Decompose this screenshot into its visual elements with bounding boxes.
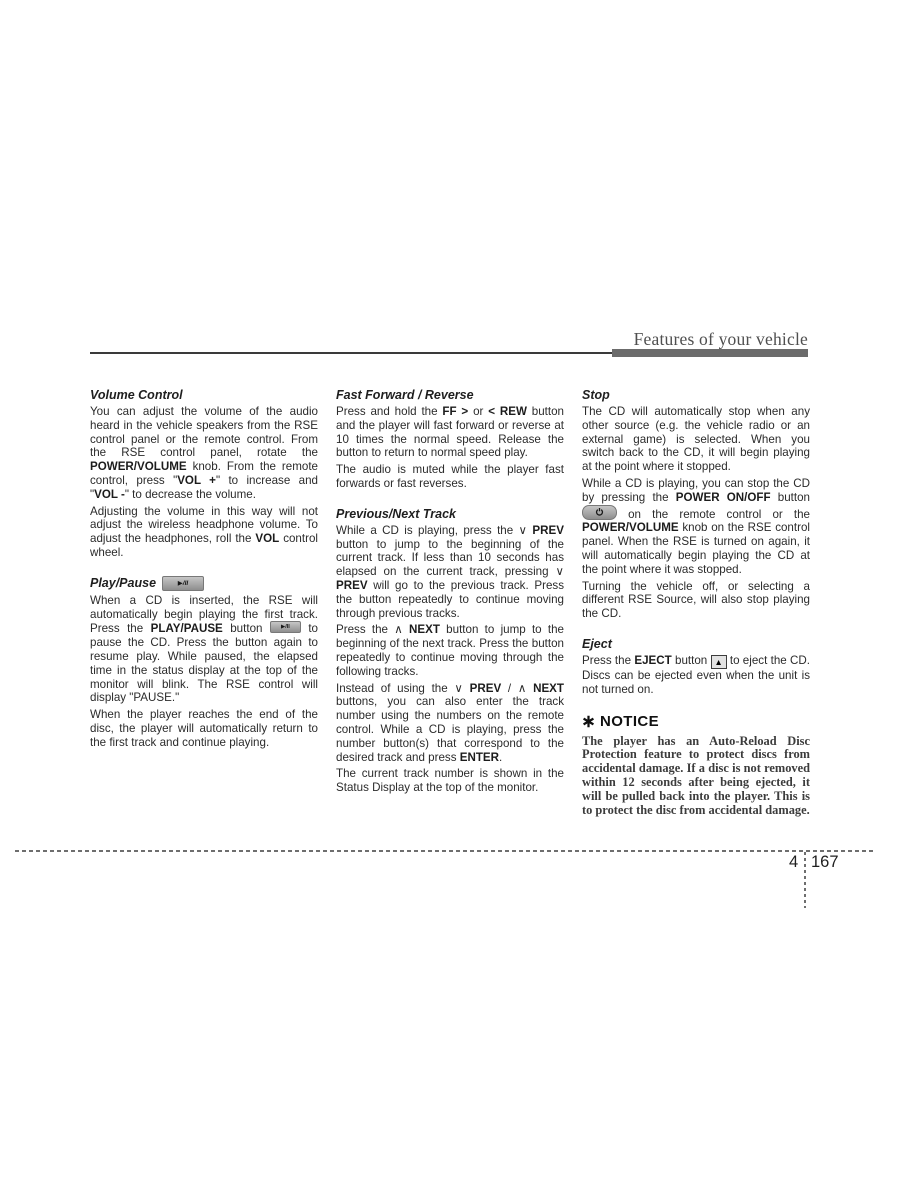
footer-section-number: 4 <box>789 853 798 872</box>
bold-text: POWER/VOLUME <box>90 460 187 473</box>
text: Press and hold the <box>336 405 442 418</box>
section-heading: Stop <box>582 388 810 402</box>
paragraph: The audio is muted while the player fast… <box>336 463 564 491</box>
section-heading-text: Previous/Next Track <box>336 507 456 521</box>
column-3: StopThe CD will automatically stop when … <box>582 388 810 834</box>
paragraph: Press the ∧ NEXT button to jump to the b… <box>336 623 564 678</box>
paragraph: While a CD is playing, press the ∨ PREV … <box>336 524 564 621</box>
text: button <box>771 491 810 504</box>
bold-text: POWER ON/OFF <box>676 491 771 504</box>
text: The current track number is shown in the… <box>336 767 564 794</box>
bold-text: ENTER <box>460 751 499 764</box>
text: Press the <box>582 654 634 667</box>
section-heading: Eject <box>582 637 810 651</box>
play-pause-button-small-icon: ▶/II <box>270 621 301 633</box>
footer-page-number: 167 <box>811 853 839 872</box>
text: on the remote control or the <box>617 508 810 521</box>
text: button to jump to the beginning of the c… <box>336 538 564 579</box>
bold-text: EJECT <box>634 654 671 667</box>
paragraph: The player has an Auto-Reload Disc Prote… <box>582 735 810 818</box>
column-1: Volume ControlYou can adjust the volume … <box>90 388 318 834</box>
manual-section: Previous/Next TrackWhile a CD is playing… <box>336 507 564 795</box>
bold-text: < REW <box>488 405 527 418</box>
paragraph: Instead of using the ∨ PREV / ∧ NEXT but… <box>336 682 564 765</box>
section-heading: Previous/Next Track <box>336 507 564 521</box>
section-heading-text: Stop <box>582 388 610 402</box>
eject-button-icon: ▲ <box>711 655 727 669</box>
bold-text: PREV <box>532 524 564 537</box>
power-button-icon <box>582 505 617 520</box>
text: The CD will automatically stop when any … <box>582 405 810 473</box>
footer-dashed-line <box>15 850 875 852</box>
section-heading-text: Play/Pause <box>90 576 156 590</box>
manual-section: EjectPress the EJECT button ▲ to eject t… <box>582 637 810 697</box>
text: button <box>672 654 711 667</box>
bold-text: PLAY/PAUSE <box>151 622 223 635</box>
header-accent-bar <box>612 349 808 357</box>
bold-text: VOL - <box>94 488 125 501</box>
bold-text: NEXT <box>409 623 440 636</box>
paragraph: Press the EJECT button ▲ to eject the CD… <box>582 654 810 697</box>
bold-text: VOL <box>255 532 279 545</box>
paragraph: While a CD is playing, you can stop the … <box>582 477 810 577</box>
text: The audio is muted while the player fast… <box>336 463 564 490</box>
section-heading-text: NOTICE <box>600 713 659 730</box>
text: Instead of using the ∨ <box>336 682 470 695</box>
text: Turning the vehicle off, or selecting a … <box>582 580 810 621</box>
manual-section: Volume ControlYou can adjust the volume … <box>90 388 318 560</box>
section-heading: NOTICE <box>582 713 810 730</box>
text: buttons, you can also enter the track nu… <box>336 695 564 763</box>
section-heading-text: Volume Control <box>90 388 183 402</box>
notice-section: NOTICEThe player has an Auto-Reload Disc… <box>582 713 810 818</box>
paragraph: Press and hold the FF > or < REW button … <box>336 405 564 460</box>
paragraph: Turning the vehicle off, or selecting a … <box>582 580 810 621</box>
section-heading: Fast Forward / Reverse <box>336 388 564 402</box>
paragraph: You can adjust the volume of the audio h… <box>90 405 318 502</box>
bold-text: PREV <box>470 682 502 695</box>
text: or <box>468 405 488 418</box>
section-heading: Play/Pause▶/II <box>90 576 318 591</box>
paragraph: Adjusting the volume in this way will no… <box>90 505 318 560</box>
page-header-title: Features of your vehicle <box>634 329 808 350</box>
text: You can adjust the volume of the audio h… <box>90 405 318 459</box>
paragraph: When a CD is inserted, the RSE will auto… <box>90 594 318 705</box>
paragraph: When the player reaches the end of the d… <box>90 708 318 749</box>
text: button <box>223 622 270 635</box>
section-heading-text: Fast Forward / Reverse <box>336 388 474 402</box>
bold-text: PREV <box>336 579 368 592</box>
content-columns: Volume ControlYou can adjust the volume … <box>90 388 812 834</box>
text: . <box>499 751 502 764</box>
text: When the player reaches the end of the d… <box>90 708 318 749</box>
column-2: Fast Forward / ReversePress and hold the… <box>336 388 564 834</box>
manual-section: StopThe CD will automatically stop when … <box>582 388 810 621</box>
footer-vertical-dashed-line <box>804 852 806 908</box>
bold-text: FF > <box>442 405 468 418</box>
notice-asterisk-icon <box>582 715 595 728</box>
play-pause-button-icon: ▶/II <box>162 576 204 591</box>
section-heading: Volume Control <box>90 388 318 402</box>
text: While a CD is playing, press the ∨ <box>336 524 532 537</box>
manual-section: Play/Pause▶/IIWhen a CD is inserted, the… <box>90 576 318 750</box>
bold-text: VOL + <box>177 474 216 487</box>
text: The player has an Auto-Reload Disc Prote… <box>582 734 810 818</box>
text: / ∧ <box>501 682 533 695</box>
bold-text: NEXT <box>533 682 564 695</box>
paragraph: The current track number is shown in the… <box>336 767 564 795</box>
text: Press the ∧ <box>336 623 409 636</box>
text: will go to the previous track. Press the… <box>336 579 564 620</box>
section-heading-text: Eject <box>582 637 612 651</box>
text: " to decrease the volume. <box>125 488 256 501</box>
manual-section: Fast Forward / ReversePress and hold the… <box>336 388 564 491</box>
manual-page: Features of your vehicle Volume ControlY… <box>0 0 900 1200</box>
bold-text: POWER/VOLUME <box>582 521 679 534</box>
paragraph: The CD will automatically stop when any … <box>582 405 810 474</box>
